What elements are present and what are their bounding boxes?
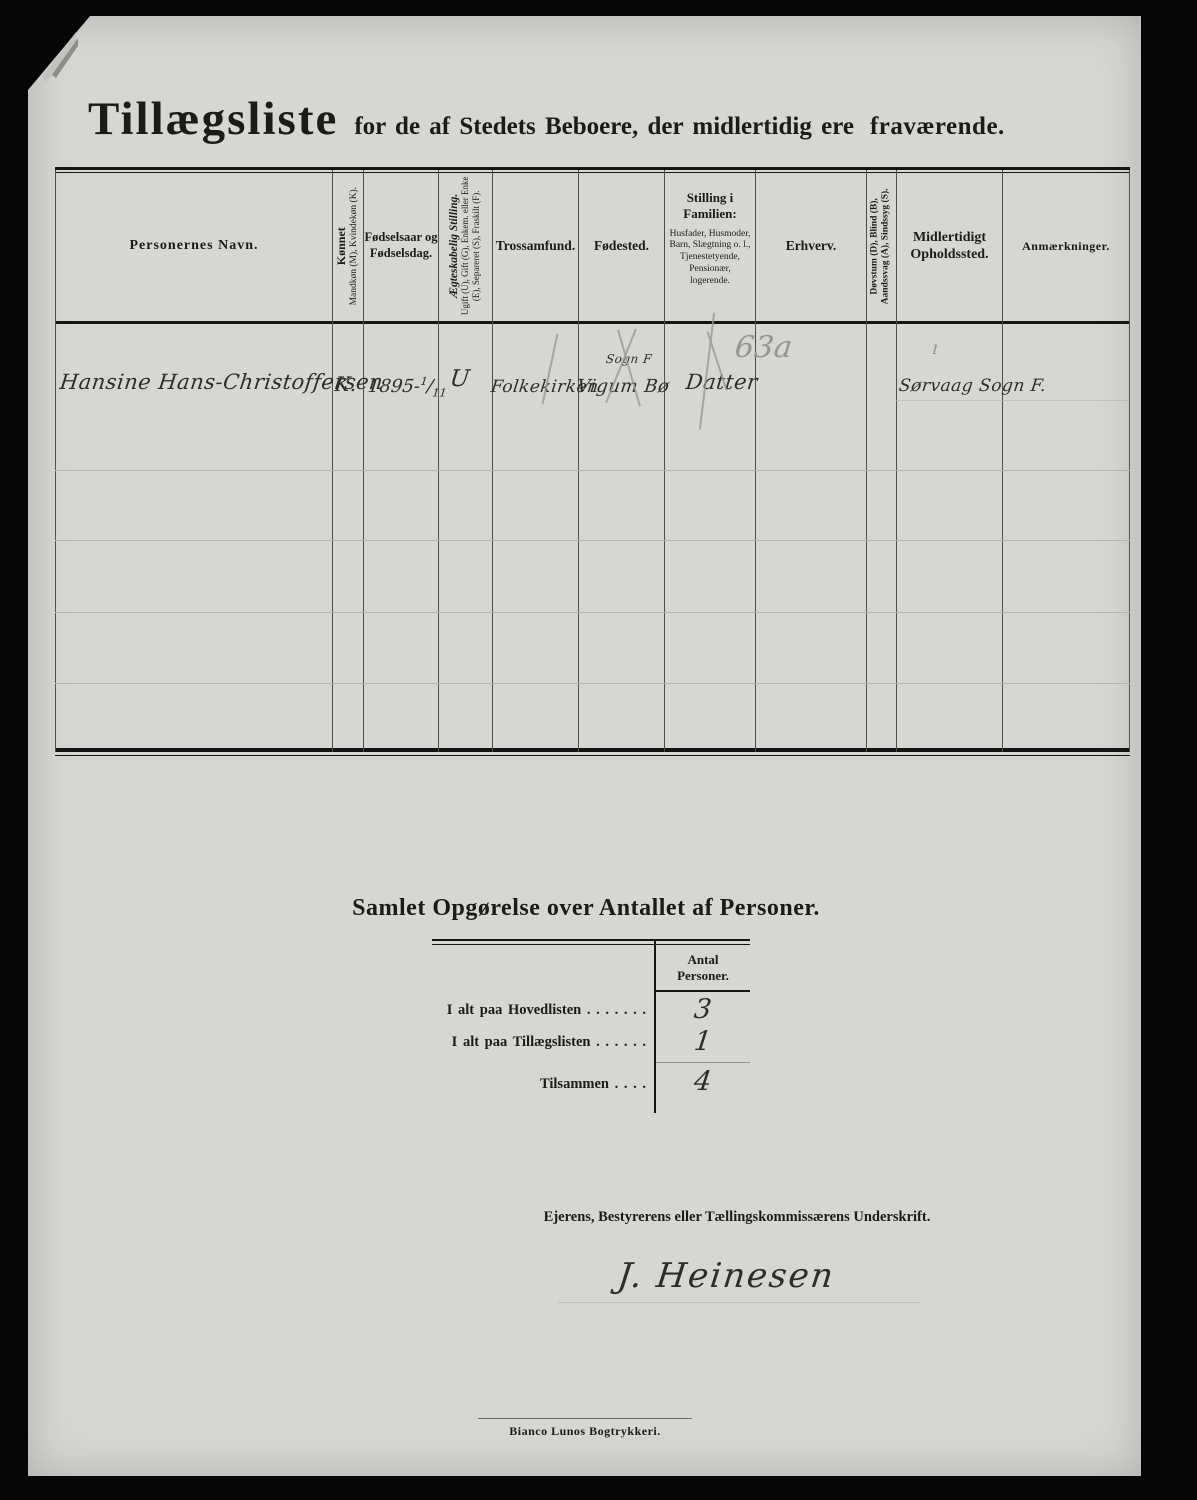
row-guide-line [896, 400, 1128, 401]
col-header-label: Trossamfund. [496, 238, 575, 255]
title-subtitle: for de af Stedets Beboere, der midlertid… [354, 113, 854, 141]
col-header-label: Personernes Navn. [130, 237, 259, 255]
col-header-label: Erhverv. [786, 238, 837, 255]
table-bottom-border-thin [55, 755, 1130, 756]
pencil-number: 63a [733, 330, 795, 365]
col-header-label: Fødested. [594, 238, 649, 255]
summary-top-border [432, 939, 750, 941]
summary-row-label: I alt paa Tillægslisten . . . . . . [380, 1034, 646, 1051]
col-header-label: Fødselsaar og Fødselsdag. [364, 230, 438, 261]
handwriting: 3 [692, 994, 713, 1025]
printer-imprint: Bianco Lunos Bogtrykkeri. [440, 1422, 730, 1440]
handwriting: 11 [432, 387, 448, 400]
handwriting: U [448, 366, 471, 392]
table-bottom-border [55, 748, 1130, 752]
col-header-label: Stilling i Familien: [675, 190, 745, 223]
scan-background: Tillægsliste for de af Stedets Beboere, … [0, 0, 1197, 1500]
handwriting: K. [334, 372, 359, 396]
signature-caption: Ejerens, Bestyrerens eller Tællingskommi… [497, 1206, 977, 1228]
row-cell-konnet: K. [334, 372, 359, 396]
signature-baseline [558, 1302, 920, 1303]
page-title: Tillægsliste for de af Stedets Beboere, … [88, 92, 1005, 146]
handwriting: Vigum Bø [576, 376, 671, 397]
summary-label-text: I alt paa Hovedlisten . . . . . . . [447, 1002, 646, 1018]
title-emphasis: fraværende. [870, 113, 1005, 141]
summary-title: Samlet Opgørelse over Antallet af Person… [290, 893, 882, 923]
summary-label-text: Tilsammen . . . . [540, 1076, 646, 1092]
col-header-label: Kønnet [334, 227, 349, 265]
handwriting: 63a [733, 330, 795, 365]
col-header-sublabel: Ugift (U), Gift (G), Enkem. eller Enke (… [460, 170, 482, 322]
col-header-trossamfund: Trossamfund. [493, 170, 578, 322]
summary-header-underline [654, 990, 750, 992]
col-header-erhverv: Erhverv. [756, 170, 866, 322]
row-cell-opholdssted: Sørvaag Sogn F. [898, 376, 1048, 396]
summary-row-value: 1 [654, 1026, 752, 1057]
col-header-sublabel: Mandkøn (M), Kvindekøn (K). [349, 187, 360, 305]
handwriting: J. Heinesen [616, 1256, 838, 1296]
summary-row-label: I alt paa Hovedlisten . . . . . . . [380, 1002, 646, 1019]
col-header-label: Midlertidigt Opholdssted. [905, 229, 995, 264]
summary-top-border-thin [432, 944, 750, 945]
handwriting: Sørvaag Sogn F. [898, 376, 1048, 396]
row-guide-line [55, 540, 1130, 541]
row-guide-line [55, 683, 1130, 684]
summary-label-text: I alt paa Tillægslisten . . . . . . [452, 1034, 646, 1050]
col-header-sublabel: Husfader, Husmoder, Barn, Slægtning o. l… [669, 229, 751, 288]
signature-handwriting: J. Heinesen [616, 1256, 838, 1296]
summary-row-value: 3 [654, 994, 752, 1025]
printer-imprint-text: Bianco Lunos Bogtrykkeri. [509, 1424, 661, 1439]
signature-caption-text: Ejerens, Bestyrerens eller Tællingskommi… [544, 1208, 931, 1226]
imprint-rule [478, 1418, 692, 1419]
col-header-personernes-navn: Personernes Navn. [56, 170, 332, 322]
col-header-stilling: Stilling i Familien: Husfader, Husmoder,… [665, 176, 755, 322]
handwriting: 1895- [367, 376, 421, 397]
col-header-aegteskabelig: Ægteskabelig Stilling. Ugift (U), Gift (… [438, 170, 492, 322]
summary-title-text: Samlet Opgørelse over Antallet af Person… [352, 893, 820, 923]
col-header-opholdssted: Midlertidigt Opholdssted. [897, 170, 1002, 322]
table-column-divider [1129, 170, 1130, 752]
col-header-anmaerkninger: Anmærkninger. [1003, 170, 1129, 322]
col-header-fodselsaar: Fødselsaar og Fødselsdag. [364, 170, 438, 322]
summary-col-header: Antal Personer. [656, 948, 750, 988]
row-cell-fodested: Vigum Bø [576, 376, 671, 397]
summary-col-header-text: Antal Personer. [668, 952, 738, 985]
col-header-konnet: Kønnet Mandkøn (M), Kvindekøn (K). [332, 170, 363, 322]
row-guide-line [55, 612, 1130, 613]
col-header-label: Anmærkninger. [1022, 239, 1110, 254]
title-main: Tillægsliste [88, 92, 338, 146]
row-guide-line [55, 470, 1130, 471]
col-header-label: Døvstum (D), Blind (B), Aandssvag (A), S… [870, 176, 893, 316]
row-cell-aegteskab: U [448, 366, 471, 392]
summary-row-value: 4 [654, 1066, 752, 1097]
col-header-fodested: Fødested. [579, 170, 664, 322]
summary-row-divider [656, 1062, 750, 1063]
row-cell-fodselsdato: 1895-1/11 [366, 375, 448, 400]
col-header-dovstum: Døvstum (D), Blind (B), Aandssvag (A), S… [866, 170, 896, 322]
handwriting: 1 [692, 1026, 713, 1057]
col-header-label: Ægteskabelig Stilling. [448, 194, 460, 298]
summary-row-label: Tilsammen . . . . [380, 1076, 646, 1093]
handwriting: 4 [692, 1066, 713, 1097]
